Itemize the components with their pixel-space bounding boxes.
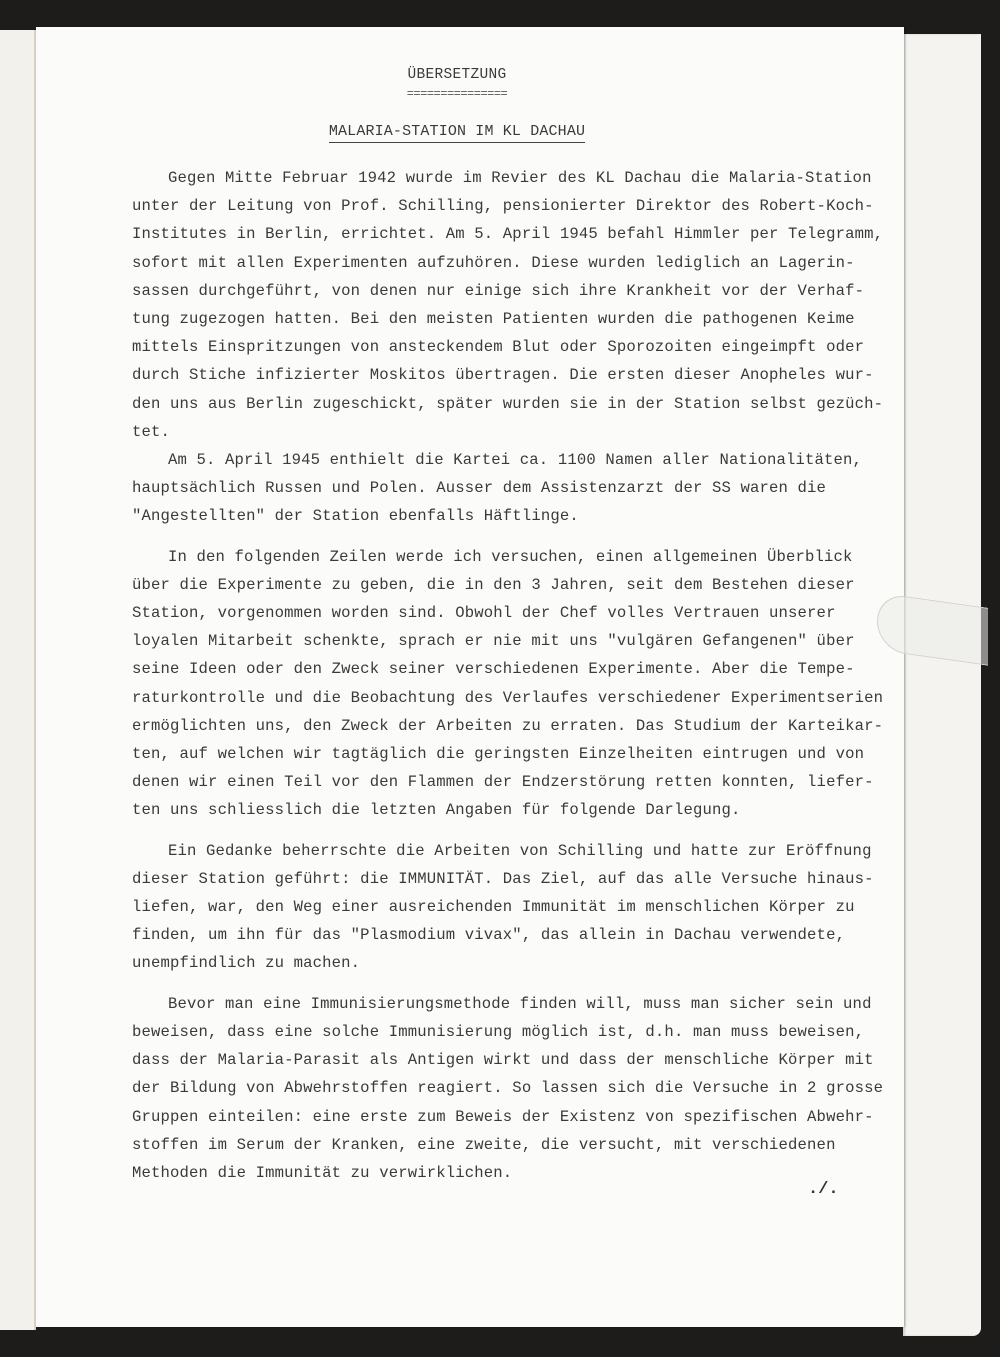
text-line: durch Stiche infizierter Moskitos übertr… [132, 361, 912, 389]
text-line: Gegen Mitte Februar 1942 wurde im Revier… [132, 164, 912, 192]
text-line: "Angestellten" der Station ebenfalls Häf… [132, 502, 912, 530]
text-line: Am 5. April 1945 enthielt die Kartei ca.… [132, 446, 912, 474]
paragraph-1: Gegen Mitte Februar 1942 wurde im Revier… [132, 164, 912, 446]
text-line: der Bildung von Abwehrstoffen reagiert. … [132, 1074, 912, 1102]
text-line: über die Experimente zu geben, die in de… [132, 571, 912, 599]
text-line: raturkontrolle und die Beobachtung des V… [132, 684, 912, 712]
text-line: mittels Einspritzungen von ansteckendem … [132, 333, 912, 361]
text-line: seine Ideen oder den Zweck seiner versch… [132, 655, 912, 683]
text-line: beweisen, dass eine solche Immunisierung… [132, 1018, 912, 1046]
text-line: In den folgenden Zeilen werde ich versuc… [132, 543, 912, 571]
text-line: ten, auf welchen wir tagtäglich die geri… [132, 740, 912, 768]
text-line: denen wir einen Teil vor den Flammen der… [132, 768, 912, 796]
document-content: ÜBERSETZUNG =============== MALARIA-STAT… [132, 67, 912, 1187]
paragraph-2: Am 5. April 1945 enthielt die Kartei ca.… [132, 446, 912, 531]
text-line: loyalen Mitarbeit schenkte, sprach er ni… [132, 627, 912, 655]
text-line: Station, vorgenommen worden sind. Obwohl… [132, 599, 912, 627]
text-line: sofort mit allen Experimenten aufzuhören… [132, 249, 912, 277]
title-underline-rule: =============== [2, 87, 912, 101]
text-line: Gruppen einteilen: eine erste zum Beweis… [132, 1103, 912, 1131]
text-line: Bevor man eine Immunisierungsmethode fin… [132, 990, 912, 1018]
paragraph-3: In den folgenden Zeilen werde ich versuc… [132, 543, 912, 825]
text-line: stoffen im Serum der Kranken, eine zweit… [132, 1131, 912, 1159]
text-line: liefen, war, den Weg einer ausreichenden… [132, 893, 912, 921]
text-line: finden, um ihn für das "Plasmodium vivax… [132, 921, 912, 949]
document-page: ÜBERSETZUNG =============== MALARIA-STAT… [36, 27, 904, 1327]
text-line: Methoden die Immunität zu verwirklichen. [132, 1159, 912, 1187]
document-subtitle: MALARIA-STATION IM KL DACHAU [2, 123, 912, 140]
paragraph-5: Bevor man eine Immunisierungsmethode fin… [132, 990, 912, 1187]
text-line: unempfindlich zu machen. [132, 949, 912, 977]
text-line: tet. [132, 418, 912, 446]
text-line: Institutes in Berlin, errichtet. Am 5. A… [132, 220, 912, 248]
text-line: dass der Malaria-Parasit als Antigen wir… [132, 1046, 912, 1074]
text-line: dieser Station geführt: die IMMUNITÄT. D… [132, 865, 912, 893]
previous-page-edge [0, 30, 36, 1330]
back-sheet [903, 34, 981, 1336]
subtitle-text: MALARIA-STATION IM KL DACHAU [329, 123, 585, 143]
text-line: ten uns schliesslich die letzten Angaben… [132, 796, 912, 824]
text-line: Ein Gedanke beherrschte die Arbeiten von… [132, 837, 912, 865]
text-line: hauptsächlich Russen und Polen. Ausser d… [132, 474, 912, 502]
document-title: ÜBERSETZUNG [2, 67, 912, 83]
continuation-mark: ./. [808, 1180, 839, 1199]
text-line: den uns aus Berlin zugeschickt, später w… [132, 390, 912, 418]
text-line: ermöglichten uns, den Zweck der Arbeiten… [132, 712, 912, 740]
text-line: tung zugezogen hatten. Bei den meisten P… [132, 305, 912, 333]
text-line: sassen durchgeführt, von denen nur einig… [132, 277, 912, 305]
paragraph-4: Ein Gedanke beherrschte die Arbeiten von… [132, 837, 912, 978]
text-line: unter der Leitung von Prof. Schilling, p… [132, 192, 912, 220]
